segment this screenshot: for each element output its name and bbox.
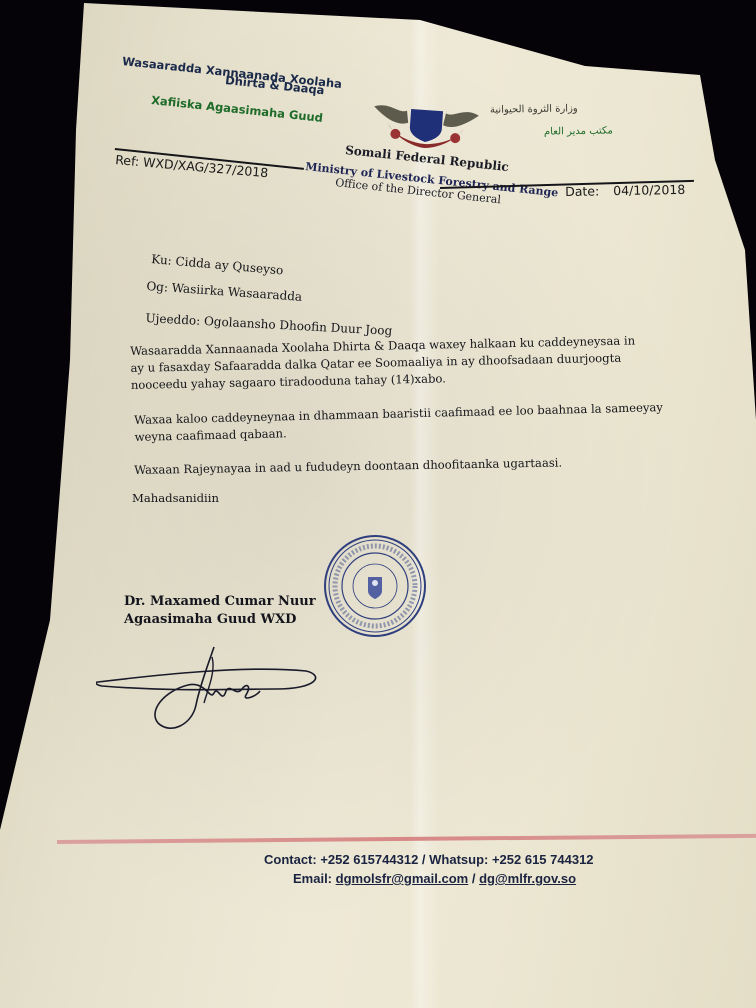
email-link-ministry[interactable]: dg@mlfr.gov.so <box>479 871 576 886</box>
footer-email: Email: dgmolsfr@gmail.com / dg@mlfr.gov.… <box>293 871 576 886</box>
coat-of-arms-icon <box>366 98 484 154</box>
cc-line: Og: Wasiirka Wasaaradda <box>146 279 303 304</box>
letter-paper: Wasaaradda Xannaanada Xoolaha Dhirta & D… <box>0 0 756 1008</box>
date-value: 04/10/2018 <box>613 182 685 198</box>
date-label: Date: <box>565 183 599 199</box>
official-seal-icon <box>322 533 428 639</box>
letterhead-arabic-ministry: وزارة الثروة الحيوانية <box>490 103 578 116</box>
email-separator: / <box>472 871 476 886</box>
body-paragraph-3: Waxaan Rajeynayaa in aad u fududeyn doon… <box>134 456 562 477</box>
recipient-line: Ku: Cidda ay Quseyso <box>151 252 284 277</box>
signatory-name: Dr. Maxamed Cumar Nuur <box>124 594 316 609</box>
signature-icon <box>96 645 321 735</box>
letterhead-arabic-office: مكتب مدير العام <box>544 125 613 137</box>
email-link-gmail[interactable]: dgmolsfr@gmail.com <box>336 871 469 886</box>
email-label: Email: <box>293 871 332 886</box>
footer-contact: Contact: +252 615744312 / Whatsup: +252 … <box>264 852 594 867</box>
body-paragraph-2: Waxaa kaloo caddeyneynaa in dhammaan baa… <box>134 399 665 446</box>
closing-salutation: Mahadsanidiin <box>132 491 219 505</box>
footer-divider <box>57 834 756 844</box>
body-paragraph-1: Wasaaradda Xannaanada Xoolaha Dhirta & D… <box>130 332 651 394</box>
signatory-title: Agaasimaha Guud WXD <box>124 612 296 627</box>
letterhead-somali-office: Xafiiska Agaasimaha Guud <box>151 93 324 125</box>
subject-line: Ujeeddo: Ogolaansho Dhoofin Duur Joog <box>145 311 392 338</box>
letter-date: Date: 04/10/2018 <box>565 182 685 199</box>
